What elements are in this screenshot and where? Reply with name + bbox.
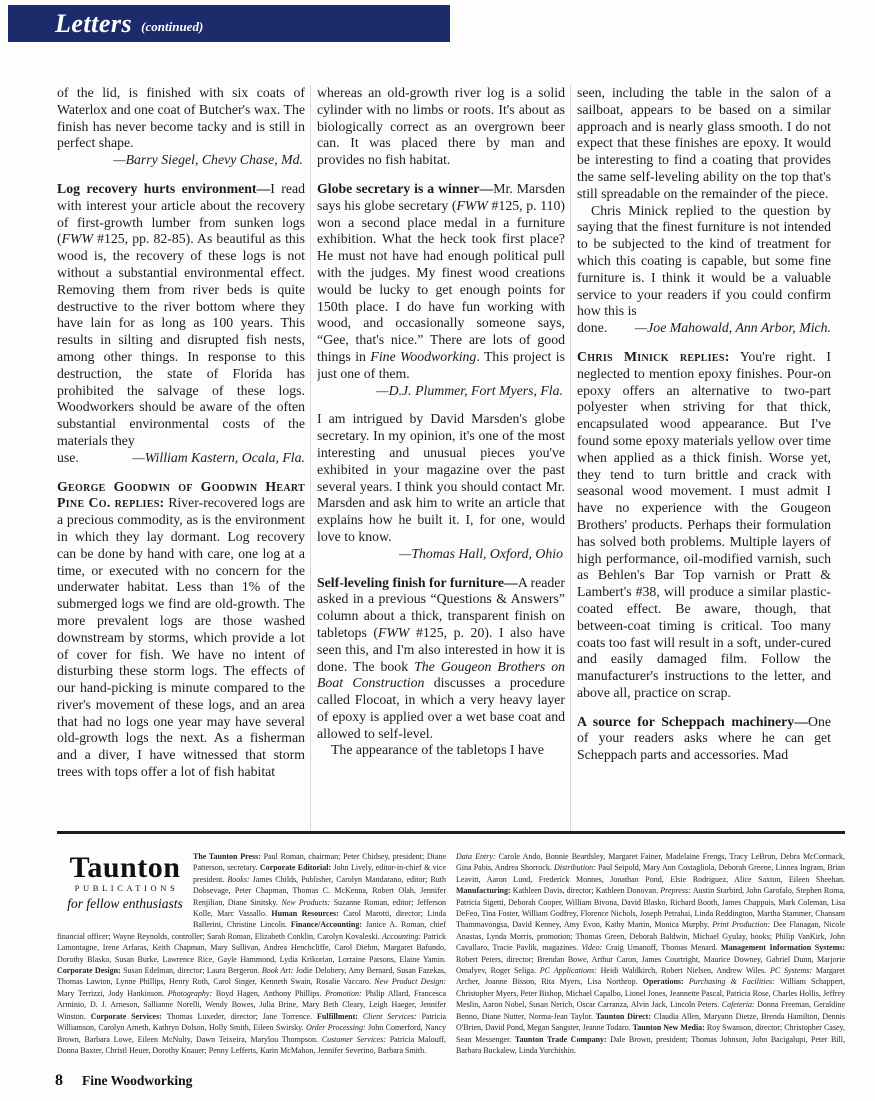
text-segment: Log recovery hurts environment— [57, 181, 270, 196]
text-segment: New Products: [281, 898, 333, 907]
text-segment: Book Art: [262, 966, 296, 975]
text-segment: #125, pp. 82-85). As beautiful as this w… [57, 231, 305, 448]
letter-paragraph: whereas an old-growth river log is a sol… [317, 85, 565, 169]
text-segment: —D.J. Plummer, Fort Myers, Fla. [376, 383, 563, 398]
text-segment: Boyd Hagen, Anthony Phillips. [216, 989, 325, 998]
text-segment: Corporate Services: [91, 1012, 167, 1021]
letter-paragraph: Self-leveling finish for furniture—A rea… [317, 575, 565, 743]
column-2: whereas an old-growth river log is a sol… [317, 85, 571, 832]
text-segment: Data Entry: [456, 852, 499, 861]
text-segment: Cafeteria: [722, 1000, 757, 1009]
text-segment: Fine Woodworking [370, 349, 476, 364]
text-segment: I am intrigued by David Marsden's globe … [317, 411, 565, 544]
masthead: Taunton PUBLICATIONS for fellow enthusia… [57, 851, 845, 1065]
letter-attribution: done.—Joe Mahowald, Ann Arbor, Mich. [577, 320, 831, 337]
text-segment: Taunton Trade Company: [515, 1035, 610, 1044]
text-segment: PC Applications: [540, 966, 601, 975]
text-segment: Prepress: [660, 886, 693, 895]
text-segment: Photography: [168, 989, 216, 998]
letter-paragraph: Chris Minick replied to the question by … [577, 203, 831, 321]
text-segment: PC Systems: [770, 966, 816, 975]
letter-attribution: —Thomas Hall, Oxford, Ohio [317, 546, 565, 563]
text-segment: Fulfillment: [317, 1012, 363, 1021]
text-segment: Management Information Systems: [721, 943, 845, 952]
section-header-bar: Letters (continued) [8, 5, 450, 42]
text-segment: Print Production: [712, 920, 773, 929]
text-segment: of the lid, is finished with six coats o… [57, 85, 305, 150]
text-segment: done. [577, 320, 607, 337]
letter-attribution: —Barry Siegel, Chevy Chase, Md. [57, 152, 305, 169]
text-segment: River-recovered logs are a precious comm… [57, 495, 305, 779]
letter-paragraph: Globe secretary is a winner—Mr. Marsden … [317, 181, 565, 383]
text-segment: Craig Umanoff, Thomas Menard. [606, 943, 721, 952]
text-segment: Chris Minick replied to the question by … [577, 203, 831, 319]
text-segment: The Taunton Press: [193, 852, 264, 861]
text-segment: Books: [227, 875, 252, 884]
text-segment: Client Services: [363, 1012, 422, 1021]
text-segment: Susan Edelman, director; Laura Bergeron. [123, 966, 262, 975]
text-segment: Promotion: [325, 989, 365, 998]
taunton-publications-logo: Taunton PUBLICATIONS for fellow enthusia… [66, 853, 184, 923]
text-segment: New Product Design: [374, 977, 446, 986]
text-segment: Thomas Luxeder, director; Jane Torrence. [167, 1012, 317, 1021]
letter-attribution: use.—William Kastern, Ocala, Fla. [57, 450, 305, 467]
text-segment: Human Resources: [271, 909, 343, 918]
text-segment: Taunton New Media: [633, 1023, 707, 1032]
text-segment: whereas an old-growth river log is a sol… [317, 85, 565, 167]
letter-paragraph: I am intrigued by David Marsden's globe … [317, 411, 565, 545]
letter-paragraph: of the lid, is finished with six coats o… [57, 85, 305, 152]
letter-paragraph: Chris Minick replies: You're right. I ne… [577, 349, 831, 702]
taunton-logo-tagline: for fellow enthusiasts [66, 896, 184, 911]
text-segment: FWW [62, 231, 93, 246]
section-title: Letters [55, 9, 132, 39]
text-segment: —Barry Siegel, Chevy Chase, Md. [113, 152, 303, 167]
text-segment: —Thomas Hall, Oxford, Ohio [399, 546, 563, 561]
text-segment: Manufacturing: [456, 886, 513, 895]
text-segment: —Joe Mahowald, Ann Arbor, Mich. [635, 320, 831, 337]
text-segment: Corporate Design: [57, 966, 123, 975]
taunton-logo-publications: PUBLICATIONS [66, 883, 184, 893]
text-segment: A source for Scheppach machinery— [577, 714, 808, 729]
text-segment: Corporate Editorial: [260, 863, 334, 872]
page-number: 8 [55, 1072, 63, 1090]
letter-paragraph: seen, including the table in the salon o… [577, 85, 831, 203]
masthead-left-column: Taunton PUBLICATIONS for fellow enthusia… [57, 851, 446, 1065]
magazine-title: Fine Woodworking [82, 1073, 192, 1089]
text-segment: You're right. I neglected to mention epo… [577, 349, 831, 700]
page-footer: 8 Fine Woodworking [55, 1072, 192, 1090]
text-segment: Order Processing: [306, 1023, 368, 1032]
column-1: of the lid, is finished with six coats o… [57, 85, 311, 832]
text-segment: Self-leveling finish for furniture— [317, 575, 518, 590]
text-segment: Distribution: [554, 863, 598, 872]
text-segment: Finance/Accounting: [291, 920, 366, 929]
magazine-page: Letters (continued) of the lid, is finis… [0, 0, 875, 1101]
text-segment: use. [57, 450, 79, 467]
text-segment: FWW [378, 625, 409, 640]
text-segment: FWW [456, 198, 487, 213]
column-3: seen, including the table in the salon o… [577, 85, 831, 832]
letter-paragraph: The appearance of the tabletops I have [317, 742, 565, 759]
letter-paragraph: Log recovery hurts environment—I read wi… [57, 181, 305, 450]
text-segment: Purchasing & Facilities: [689, 977, 780, 986]
letters-columns: of the lid, is finished with six coats o… [57, 85, 843, 832]
text-segment: —William Kastern, Ocala, Fla. [133, 450, 305, 467]
taunton-logo-wordmark: Taunton [66, 853, 184, 882]
text-segment: #125, p. 110) won a second place medal i… [317, 198, 565, 364]
text-segment: Chris Minick replies: [577, 349, 730, 364]
text-segment: Operations: [643, 977, 689, 986]
text-segment: Heidi Waldkirch, Robert Nielsen, Andrew … [601, 966, 770, 975]
letter-paragraph: A source for Scheppach machinery—One of … [577, 714, 831, 764]
text-segment: Kathleen Davis, director; Kathleen Donov… [513, 886, 660, 895]
masthead-divider-rule [57, 831, 845, 834]
text-segment: Mary Terrizzi, Jody Hankinson. [57, 989, 168, 998]
text-segment: Customer Services: [322, 1035, 390, 1044]
text-segment: seen, including the table in the salon o… [577, 85, 831, 201]
letter-paragraph: George Goodwin of Goodwin Heart Pine Co.… [57, 479, 305, 781]
text-segment: The appearance of the tabletops I have [331, 742, 544, 757]
text-segment: Taunton Direct: [596, 1012, 654, 1021]
section-subtitle: (continued) [141, 19, 203, 35]
letter-attribution: —D.J. Plummer, Fort Myers, Fla. [317, 383, 565, 400]
text-segment: Globe secretary is a winner— [317, 181, 493, 196]
masthead-staff-list-right: Data Entry: Carole Ando, Bonnie Beardsle… [456, 851, 845, 1065]
text-segment: Accounting: [382, 932, 423, 941]
text-segment: Video: [582, 943, 606, 952]
